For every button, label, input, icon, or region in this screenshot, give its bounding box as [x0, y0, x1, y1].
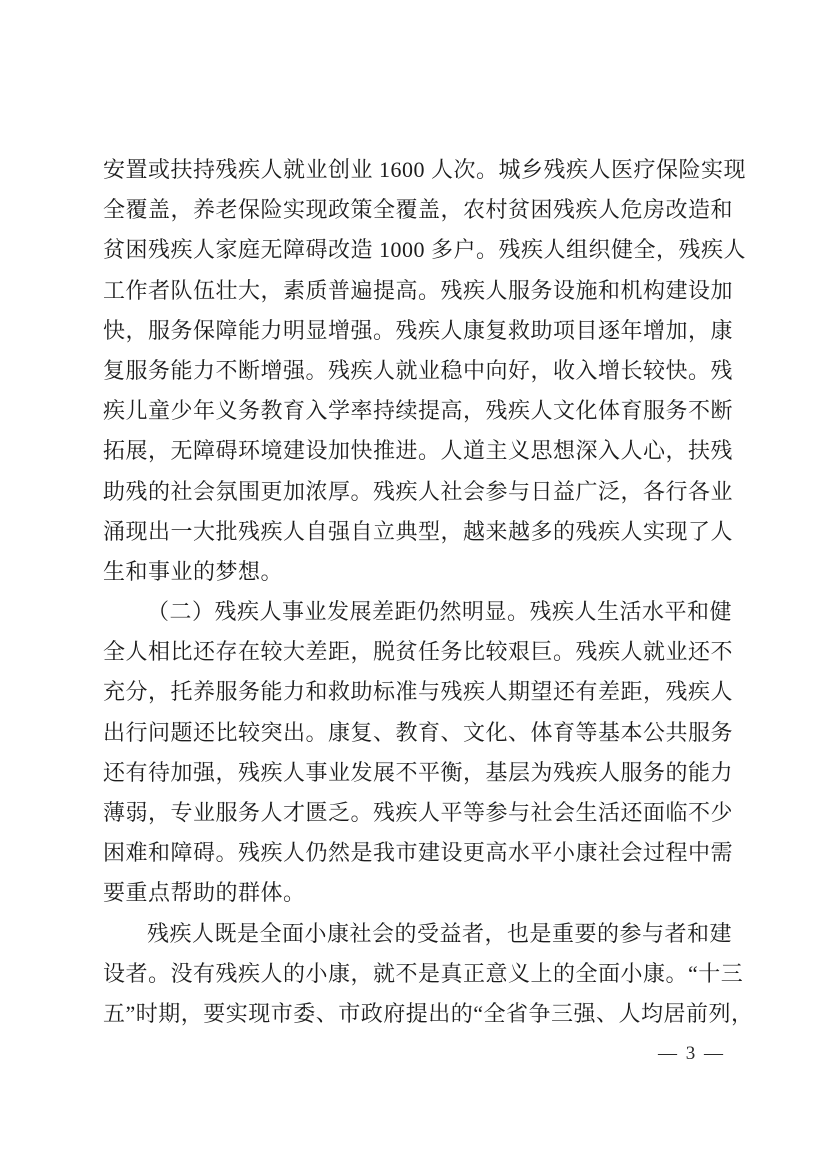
text-line: 涌现出一大批残疾人自强自立典型，越来越多的残疾人实现了人 [103, 512, 730, 552]
text-line: 安置或扶持残疾人就业创业 1600 人次。城乡残疾人医疗保险实现 [103, 150, 730, 190]
text-line: 工作者队伍壮大，素质普遍提高。残疾人服务设施和机构建设加 [103, 271, 730, 311]
text-line: 助残的社会氛围更加浓厚。残疾人社会参与日益广泛，各行各业 [103, 472, 730, 512]
text-line: 五”时期，要实现市委、市政府提出的“全省争三强、人均居前列， [103, 994, 730, 1034]
document-body: 安置或扶持残疾人就业创业 1600 人次。城乡残疾人医疗保险实现全覆盖，养老保险… [103, 150, 730, 1034]
page-number: — 3 — [658, 1042, 725, 1066]
text-line: 全覆盖，养老保险实现政策全覆盖，农村贫困残疾人危房改造和 [103, 190, 730, 230]
text-line: 还有待加强，残疾人事业发展不平衡，基层为残疾人服务的能力 [103, 753, 730, 793]
document-page: 安置或扶持残疾人就业创业 1600 人次。城乡残疾人医疗保险实现全覆盖，养老保险… [0, 0, 827, 1169]
text-line: 充分，托养服务能力和救助标准与残疾人期望还有差距，残疾人 [103, 672, 730, 712]
text-line: 拓展，无障碍环境建设加快推进。人道主义思想深入人心，扶残 [103, 431, 730, 471]
text-line: 薄弱，专业服务人才匮乏。残疾人平等参与社会生活还面临不少 [103, 793, 730, 833]
text-line: 复服务能力不断增强。残疾人就业稳中向好，收入增长较快。残 [103, 351, 730, 391]
text-line: 疾儿童少年义务教育入学率持续提高，残疾人文化体育服务不断 [103, 391, 730, 431]
text-line: 快，服务保障能力明显增强。残疾人康复救助项目逐年增加，康 [103, 311, 730, 351]
text-line: （二）残疾人事业发展差距仍然明显。残疾人生活水平和健 [103, 592, 730, 632]
text-line: 全人相比还存在较大差距，脱贫任务比较艰巨。残疾人就业还不 [103, 632, 730, 672]
text-line: 生和事业的梦想。 [103, 552, 730, 592]
text-line: 残疾人既是全面小康社会的受益者，也是重要的参与者和建 [103, 914, 730, 954]
text-line: 要重点帮助的群体。 [103, 873, 730, 913]
text-line: 贫困残疾人家庭无障碍改造 1000 多户。残疾人组织健全，残疾人 [103, 230, 730, 270]
text-line: 出行问题还比较突出。康复、教育、文化、体育等基本公共服务 [103, 713, 730, 753]
text-line: 设者。没有残疾人的小康，就不是真正意义上的全面小康。“十三 [103, 954, 730, 994]
text-line: 困难和障碍。残疾人仍然是我市建设更高水平小康社会过程中需 [103, 833, 730, 873]
